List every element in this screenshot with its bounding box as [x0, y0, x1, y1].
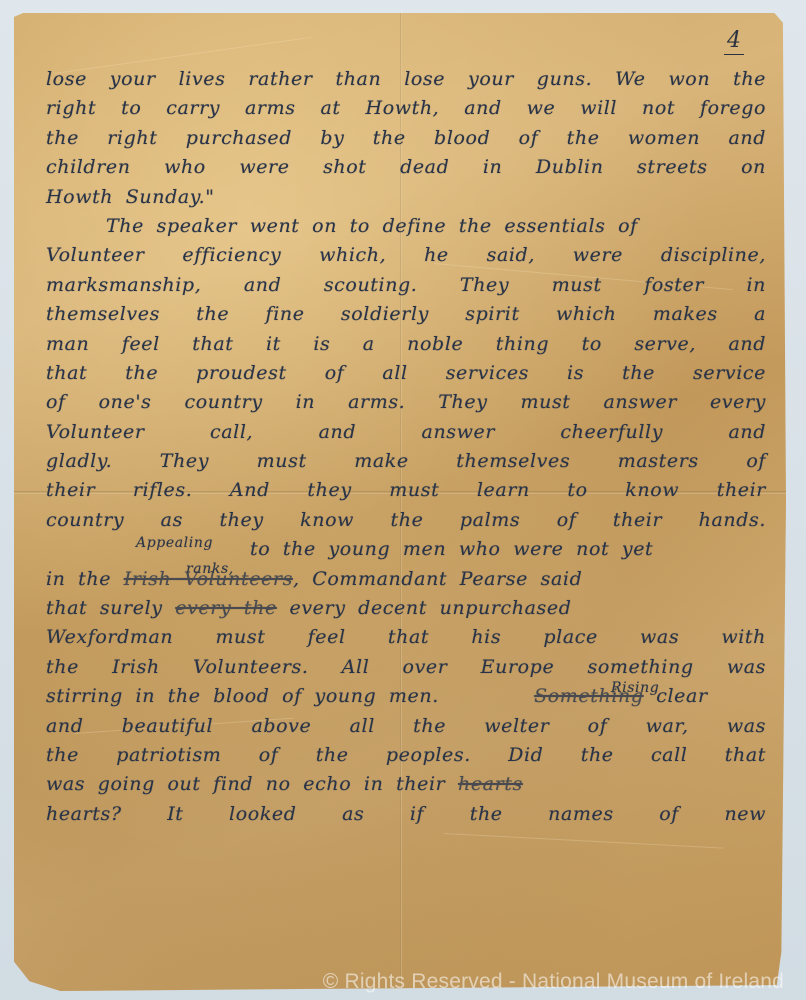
text-line: of one's country in arms. They must answ… — [46, 388, 766, 417]
text-line: gladly. They must make themselves master… — [46, 447, 766, 476]
manuscript-page: 4 lose your lives rather than lose your … — [14, 13, 786, 991]
copyright-watermark: © Rights Reserved - National Museum of I… — [323, 970, 784, 994]
handwritten-text: lose your lives rather than lose your gu… — [46, 65, 766, 829]
text-line: hearts? It looked as if the names of new — [46, 800, 766, 829]
text-line: that surely every the every decent unpur… — [46, 594, 766, 623]
text-line: Appealing to the young men who were not … — [46, 535, 766, 564]
text-line: that the proudest of all services is the… — [46, 359, 766, 388]
text-line: the right purchased by the blood of the … — [46, 124, 766, 153]
text-line-content: stirring in the blood of young men. — [46, 685, 439, 707]
paper-crease — [444, 833, 724, 849]
page-number: 4 — [724, 29, 744, 55]
text-line: The speaker went on to define the essent… — [46, 212, 766, 241]
text-line: and beautiful above all the welter of wa… — [46, 712, 766, 741]
text-line-content: to the young men who were not yet — [250, 538, 653, 560]
text-line-content: , Commandant Pearse said — [293, 568, 582, 590]
struck-text: Irish Volunteers — [124, 568, 293, 590]
text-line: marksmanship, and scouting. They must fo… — [46, 271, 766, 300]
text-line: themselves the fine soldierly spirit whi… — [46, 300, 766, 329]
text-line: Rising stirring in the blood of young me… — [46, 682, 766, 711]
struck-text: Something — [534, 685, 643, 707]
text-line-content: in the — [46, 568, 111, 590]
text-line: children who were shot dead in Dublin st… — [46, 153, 766, 182]
struck-text: every the — [175, 597, 277, 619]
text-line: man feel that it is a noble thing to ser… — [46, 330, 766, 359]
text-line-content: every decent unpurchased — [290, 597, 572, 619]
text-line-content: clear — [656, 685, 707, 707]
text-line: Volunteer efficiency which, he said, wer… — [46, 241, 766, 270]
image-viewport: 4 lose your lives rather than lose your … — [0, 0, 806, 1000]
text-line-content: was going out find no echo in their — [46, 773, 445, 795]
struck-text: hearts — [458, 773, 523, 795]
text-line: right to carry arms at Howth, and we wil… — [46, 94, 766, 123]
text-line: Volunteer call, and answer cheerfully an… — [46, 418, 766, 447]
text-line: ranks, in the Irish Volunteers, Commanda… — [46, 565, 766, 594]
text-line-content: that surely — [46, 597, 163, 619]
text-line: Wexfordman must feel that his place was … — [46, 623, 766, 652]
text-line: lose your lives rather than lose your gu… — [46, 65, 766, 94]
text-line: their rifles. And they must learn to kno… — [46, 476, 766, 505]
text-line: Howth Sunday." — [46, 183, 766, 212]
text-line: was going out find no echo in their hear… — [46, 770, 766, 799]
text-line: the patriotism of the peoples. Did the c… — [46, 741, 766, 770]
